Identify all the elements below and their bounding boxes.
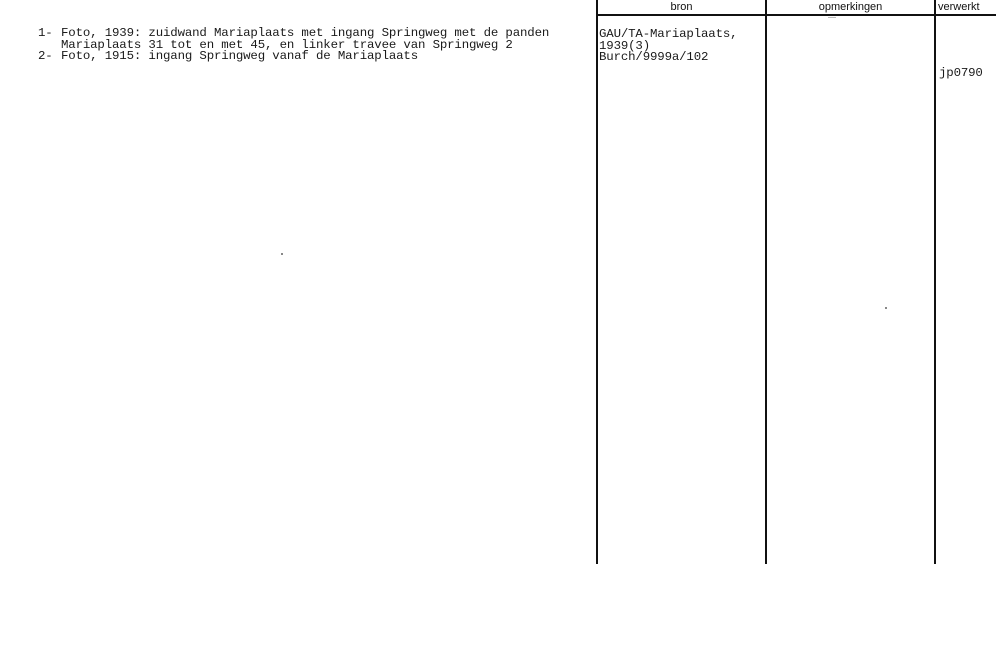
list-item: 1- Foto, 1939: zuidwand Mariaplaats met … — [38, 28, 578, 51]
item-number: 1- — [38, 28, 61, 51]
item-number: 2- — [38, 51, 61, 63]
header-divider — [596, 14, 996, 16]
item-description: Foto, 1915: ingang Springweg vanaf de Ma… — [61, 51, 571, 63]
description-list: 1- Foto, 1939: zuidwand Mariaplaats met … — [38, 28, 578, 63]
scan-speck — [885, 307, 887, 309]
verwerkt-code: jp0790 — [939, 68, 983, 80]
scan-speck — [828, 17, 836, 18]
column-divider-right — [934, 0, 936, 564]
bron-cell: Burch/9999a/102 — [599, 52, 708, 64]
bron-cell: GAU/TA-Mariaplaats, 1939(3) — [599, 29, 737, 52]
list-item: 2- Foto, 1915: ingang Springweg vanaf de… — [38, 51, 578, 63]
item-description: Foto, 1939: zuidwand Mariaplaats met ing… — [61, 28, 571, 51]
column-header-bron: bron — [598, 1, 765, 13]
column-header-opmerkingen: opmerkingen — [767, 1, 934, 13]
column-divider-middle — [765, 0, 767, 564]
column-divider-left — [596, 0, 598, 564]
scan-speck — [281, 253, 283, 255]
column-header-verwerkt: verwerkt — [936, 1, 998, 13]
